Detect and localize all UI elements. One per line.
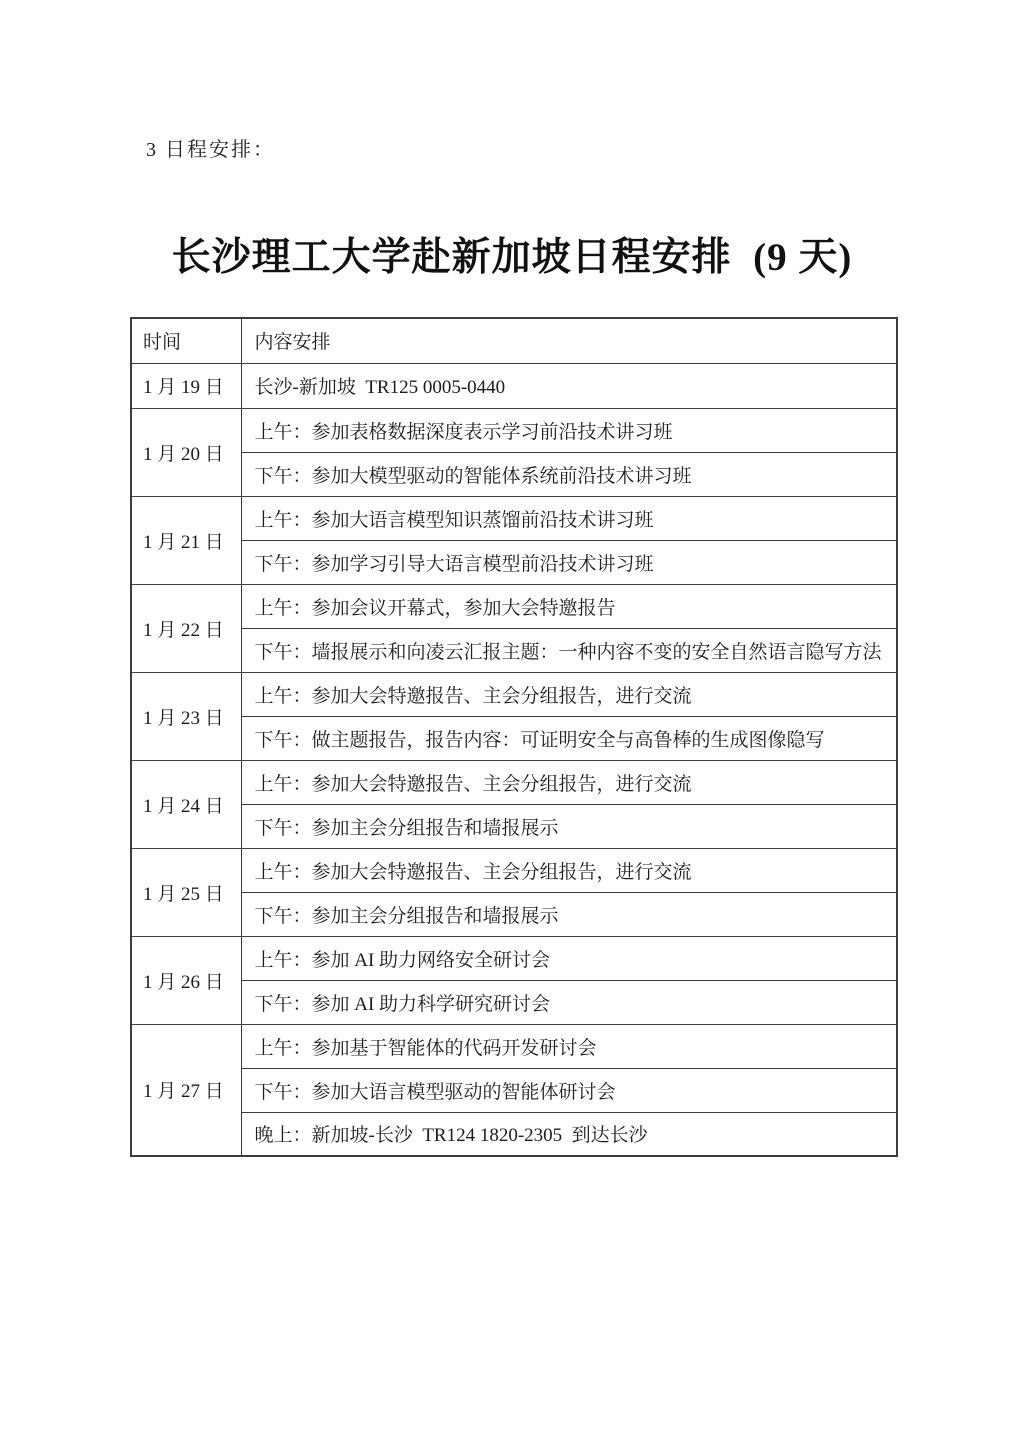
- date-cell: 1 月 19 日: [131, 363, 241, 408]
- section-heading: 3 日程安排：: [146, 133, 275, 162]
- table-row: 1 月 25 日 上午：参加大会特邀报告、主会分组报告，进行交流: [131, 848, 897, 892]
- entry-cell: 上午：参加表格数据深度表示学习前沿技术讲习班: [241, 408, 897, 452]
- table-header-row: 时间 内容安排: [131, 318, 897, 363]
- table-row: 下午：参加学习引导大语言模型前沿技术讲习班: [131, 540, 897, 584]
- entry-cell: 长沙-新加坡 TR125 0005-0440: [241, 363, 897, 408]
- date-cell: 1 月 22 日: [131, 584, 241, 672]
- entry-cell: 下午：参加大模型驱动的智能体系统前沿技术讲习班: [241, 452, 897, 496]
- table-row: 1 月 26 日 上午：参加 AI 助力网络安全研讨会: [131, 936, 897, 980]
- date-cell: 1 月 25 日: [131, 848, 241, 936]
- table-row: 下午：参加大模型驱动的智能体系统前沿技术讲习班: [131, 452, 897, 496]
- table-row: 下午：参加 AI 助力科学研究研讨会: [131, 980, 897, 1024]
- table-row: 1 月 23 日 上午：参加大会特邀报告、主会分组报告，进行交流: [131, 672, 897, 716]
- table-row: 1 月 24 日 上午：参加大会特邀报告、主会分组报告，进行交流: [131, 760, 897, 804]
- entry-cell: 上午：参加大会特邀报告、主会分组报告，进行交流: [241, 760, 897, 804]
- date-cell: 1 月 27 日: [131, 1024, 241, 1156]
- entry-cell: 下午：参加主会分组报告和墙报展示: [241, 804, 897, 848]
- date-cell: 1 月 23 日: [131, 672, 241, 760]
- entry-cell: 下午：墙报展示和向凌云汇报主题：一种内容不变的安全自然语言隐写方法: [241, 628, 897, 672]
- document-page: 3 日程安排： 长沙理工大学赴新加坡日程安排 (9 天) 时间 内容安排 1 月…: [0, 0, 1024, 1448]
- entry-cell: 上午：参加 AI 助力网络安全研讨会: [241, 936, 897, 980]
- table-row: 晚上：新加坡-长沙 TR124 1820-2305 到达长沙: [131, 1112, 897, 1156]
- table-row: 1 月 21 日 上午：参加大语言模型知识蒸馏前沿技术讲习班: [131, 496, 897, 540]
- table-row: 下午：参加主会分组报告和墙报展示: [131, 892, 897, 936]
- table-row: 下午：做主题报告，报告内容：可证明安全与高鲁棒的生成图像隐写: [131, 716, 897, 760]
- table-row: 1 月 20 日 上午：参加表格数据深度表示学习前沿技术讲习班: [131, 408, 897, 452]
- table-header-time: 时间: [131, 318, 241, 363]
- table-header-content: 内容安排: [241, 318, 897, 363]
- schedule-table: 时间 内容安排 1 月 19 日 长沙-新加坡 TR125 0005-0440 …: [130, 317, 898, 1157]
- table-row: 下午：墙报展示和向凌云汇报主题：一种内容不变的安全自然语言隐写方法: [131, 628, 897, 672]
- entry-cell: 下午：参加主会分组报告和墙报展示: [241, 892, 897, 936]
- entry-cell: 晚上：新加坡-长沙 TR124 1820-2305 到达长沙: [241, 1112, 897, 1156]
- table-row: 下午：参加大语言模型驱动的智能体研讨会: [131, 1068, 897, 1112]
- page-title: 长沙理工大学赴新加坡日程安排 (9 天): [0, 226, 1024, 282]
- date-cell: 1 月 24 日: [131, 760, 241, 848]
- table-row: 1 月 19 日 长沙-新加坡 TR125 0005-0440: [131, 363, 897, 408]
- entry-cell: 下午：参加 AI 助力科学研究研讨会: [241, 980, 897, 1024]
- entry-cell: 下午：参加学习引导大语言模型前沿技术讲习班: [241, 540, 897, 584]
- entry-cell: 下午：参加大语言模型驱动的智能体研讨会: [241, 1068, 897, 1112]
- date-cell: 1 月 20 日: [131, 408, 241, 496]
- table-row: 1 月 22 日 上午：参加会议开幕式，参加大会特邀报告: [131, 584, 897, 628]
- entry-cell: 下午：做主题报告，报告内容：可证明安全与高鲁棒的生成图像隐写: [241, 716, 897, 760]
- entry-cell: 上午：参加大会特邀报告、主会分组报告，进行交流: [241, 848, 897, 892]
- entry-cell: 上午：参加基于智能体的代码开发研讨会: [241, 1024, 897, 1068]
- date-cell: 1 月 21 日: [131, 496, 241, 584]
- table-row: 下午：参加主会分组报告和墙报展示: [131, 804, 897, 848]
- entry-cell: 上午：参加大会特邀报告、主会分组报告，进行交流: [241, 672, 897, 716]
- table-row: 1 月 27 日 上午：参加基于智能体的代码开发研讨会: [131, 1024, 897, 1068]
- date-cell: 1 月 26 日: [131, 936, 241, 1024]
- entry-cell: 上午：参加大语言模型知识蒸馏前沿技术讲习班: [241, 496, 897, 540]
- entry-cell: 上午：参加会议开幕式，参加大会特邀报告: [241, 584, 897, 628]
